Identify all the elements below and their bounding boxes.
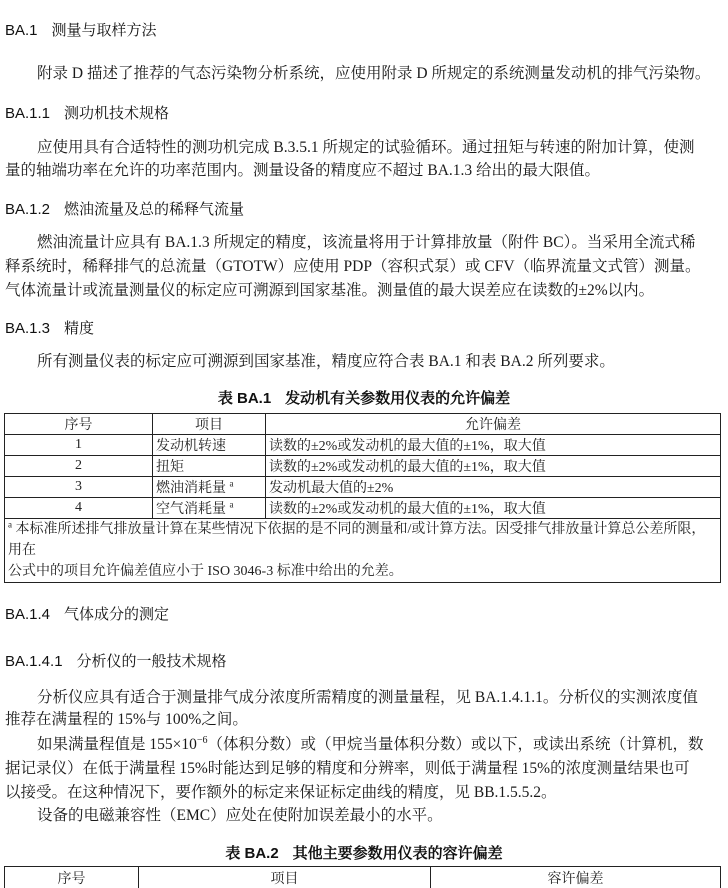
- section-title: 分析仪的一般技术规格: [77, 653, 227, 670]
- table-ba2: 序号 项目 容许偏差: [4, 866, 721, 888]
- cell-tolerance: 读数的±2%或发动机的最大值的±1%，取大值: [266, 498, 721, 519]
- paragraph-ba1-4-1-p3: 设备的电磁兼容性（EMC）应处在使附加误差最小的水平。: [5, 806, 721, 826]
- section-number: BA.1.2: [5, 201, 50, 218]
- paragraph-ba1-1-line1: 应使用具有合适特性的测功机完成 B.3.5.1 所规定的试验循环。通过扭矩与转速…: [5, 138, 721, 158]
- table-header-row: 序号 项目 容许偏差: [5, 867, 721, 888]
- cell-item: 燃油消耗量 a: [153, 477, 266, 498]
- paragraph-ba1-3: 所有测量仪表的标定应可溯源到国家基准，精度应符合表 BA.1 和表 BA.2 所…: [5, 352, 721, 372]
- table-row: 4 空气消耗量 a 读数的±2%或发动机的最大值的±1%，取大值: [5, 498, 721, 519]
- cell-item: 扭矩: [153, 456, 266, 477]
- footnote-line1: 本标准所述排气排放量计算在某些情况下依据的是不同的测量和/或计算方法。因受排气排…: [8, 522, 705, 558]
- cell-item: 空气消耗量 a: [153, 498, 266, 519]
- cell-no: 1: [5, 435, 153, 456]
- exponent: −6: [197, 735, 208, 746]
- table2-caption-title: 其他主要参数用仪表的容许偏差: [293, 845, 503, 862]
- section-title: 测功机技术规格: [64, 105, 169, 122]
- section-heading-ba1-4: BA.1.4气体成分的测定: [5, 603, 169, 624]
- section-heading-ba1: BA.1测量与取样方法: [5, 19, 157, 40]
- section-title: 气体成分的测定: [64, 606, 169, 623]
- header-no: 序号: [5, 414, 153, 435]
- table-footnote: a 本标准所述排气排放量计算在某些情况下依据的是不同的测量和/或计算方法。因受排…: [5, 519, 721, 583]
- cell-tolerance: 发动机最大值的±2%: [266, 477, 721, 498]
- paragraph-ba1-4-1-p2-line1: 如果满量程值是 155×10−6（体积分数）或（甲烷当量体积分数）或以下，或读出…: [5, 735, 721, 755]
- paragraph-ba1-1-line2: 量的轴端功率在允许的功率范围内。测量设备的精度应不超过 BA.1.3 给出的最大…: [5, 161, 721, 181]
- section-heading-ba1-2: BA.1.2燃油流量及总的稀释气流量: [5, 198, 244, 219]
- section-number: BA.1.1: [5, 105, 50, 122]
- table-header-row: 序号 项目 允许偏差: [5, 414, 721, 435]
- section-title: 测量与取样方法: [52, 22, 157, 39]
- table-footnote-row: a 本标准所述排气排放量计算在某些情况下依据的是不同的测量和/或计算方法。因受排…: [5, 519, 721, 583]
- item-text: 空气消耗量: [156, 502, 226, 517]
- cell-no: 2: [5, 456, 153, 477]
- header-no: 序号: [5, 867, 139, 888]
- paragraph-ba1-2-line1: 燃油流量计应具有 BA.1.3 所规定的精度，该流量将用于计算排放量（附件 BC…: [5, 233, 721, 253]
- section-title: 燃油流量及总的稀释气流量: [64, 201, 244, 218]
- cell-tolerance: 读数的±2%或发动机的最大值的±1%，取大值: [266, 435, 721, 456]
- table-ba1: 序号 项目 允许偏差 1 发动机转速 读数的±2%或发动机的最大值的±1%，取大…: [4, 413, 721, 583]
- header-tolerance: 允许偏差: [266, 414, 721, 435]
- paragraph-ba1-4-1-p2-line2: 据记录仪）在低于满量程 15%时能达到足够的精度和分辨率，则低于满量程 15%的…: [5, 759, 721, 779]
- table-row: 1 发动机转速 读数的±2%或发动机的最大值的±1%，取大值: [5, 435, 721, 456]
- footnote-marker: a: [230, 499, 234, 509]
- item-text: 燃油消耗量: [156, 481, 226, 496]
- section-number: BA.1: [5, 22, 38, 39]
- paragraph-ba1-2-line2: 释系统时，稀释排气的总流量（GTOTW）应使用 PDP（容积式泵）或 CFV（临…: [5, 257, 721, 277]
- cell-no: 4: [5, 498, 153, 519]
- section-heading-ba1-1: BA.1.1测功机技术规格: [5, 102, 169, 123]
- header-item: 项目: [139, 867, 431, 888]
- header-tolerance: 容许偏差: [431, 867, 721, 888]
- section-number: BA.1.3: [5, 320, 50, 337]
- header-item: 项目: [153, 414, 266, 435]
- footnote-marker: a: [230, 478, 234, 488]
- table1-caption-number: 表 BA.1: [218, 390, 271, 407]
- table2-caption: 表 BA.2其他主要参数用仪表的容许偏差: [0, 842, 728, 863]
- cell-no: 3: [5, 477, 153, 498]
- paragraph-ba1-4-1-p1-line1: 分析仪应具有适合于测量排气成分浓度所需精度的测量量程，见 BA.1.4.1.1。…: [5, 688, 721, 708]
- footnote-line2: 公式中的项目允许偏差值应小于 ISO 3046-3 标准中给出的允差。: [8, 564, 403, 579]
- cell-item: 发动机转速: [153, 435, 266, 456]
- text: 如果满量程值是 155×10: [37, 736, 197, 753]
- cell-tolerance: 读数的±2%或发动机的最大值的±1%，取大值: [266, 456, 721, 477]
- paragraph-ba1-4-1-p2-line3: 以接受。在这种情况下，要作额外的标定来保证标定曲线的精度，见 BB.1.5.5.…: [5, 783, 721, 803]
- paragraph-ba1: 附录 D 描述了推荐的气态污染物分析系统，应使用附录 D 所规定的系统测量发动机…: [5, 64, 721, 84]
- table1-caption: 表 BA.1发动机有关参数用仪表的允许偏差: [0, 387, 728, 408]
- section-number: BA.1.4: [5, 606, 50, 623]
- section-heading-ba1-4-1: BA.1.4.1分析仪的一般技术规格: [5, 650, 227, 671]
- paragraph-ba1-2-line3: 气体流量计或流量测量仪的标定应可溯源到国家基准。测量值的最大误差应在读数的±2%…: [5, 281, 721, 301]
- section-number: BA.1.4.1: [5, 653, 63, 670]
- paragraph-ba1-4-1-p1-line2: 推荐在满量程的 15%与 100%之间。: [5, 710, 721, 730]
- section-title: 精度: [64, 320, 94, 337]
- table1-caption-title: 发动机有关参数用仪表的允许偏差: [285, 390, 510, 407]
- section-heading-ba1-3: BA.1.3精度: [5, 317, 94, 338]
- table-row: 2 扭矩 读数的±2%或发动机的最大值的±1%，取大值: [5, 456, 721, 477]
- text: （体积分数）或（甲烷当量体积分数）或以下，或读出系统（计算机，数: [208, 736, 704, 753]
- table-row: 3 燃油消耗量 a 发动机最大值的±2%: [5, 477, 721, 498]
- table2-caption-number: 表 BA.2: [225, 845, 278, 862]
